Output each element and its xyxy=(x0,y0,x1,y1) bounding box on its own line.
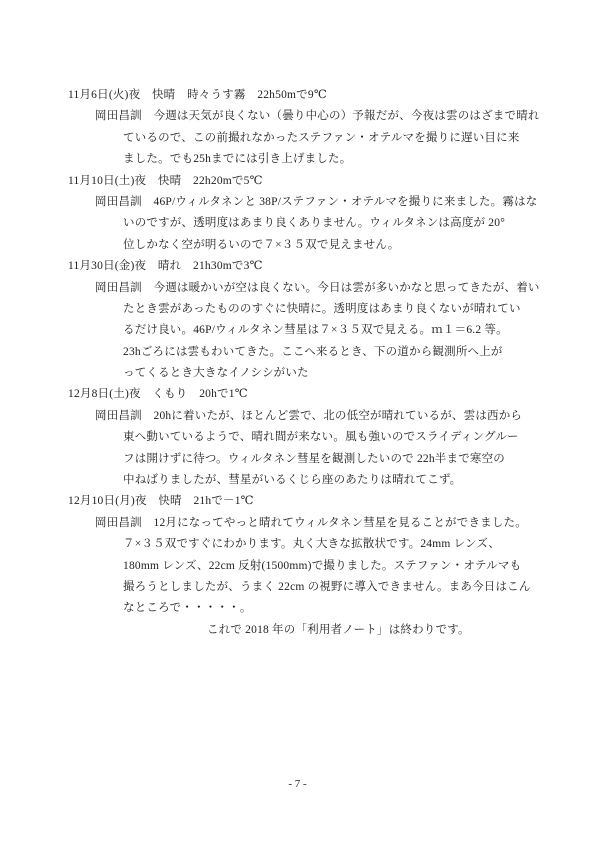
log-entry-dec-8: 12月8日(土)夜 くもり 20hで1℃ 岡田昌訓 20hに着いたが、ほとんど雲… xyxy=(68,384,538,491)
log-entry-dec-10: 12月10日(月)夜 快晴 21hで－1℃ 岡田昌訓 12月になってやっと晴れて… xyxy=(68,491,538,619)
entry-text-line: ってくるとき大きなイノシシがいた xyxy=(68,363,538,384)
entry-text-line: フは開けずに待つ。ウィルタネン彗星を観測したいので 22h半まで寒空の xyxy=(68,449,538,470)
entry-text-line: なところで・・・・・。 xyxy=(68,598,538,619)
entry-text-line: 撮ろうとしましたが、うまく 22cm の視野に導入できません。まあ今日はこん xyxy=(68,577,538,598)
log-entry-nov-30: 11月30日(金)夜 晴れ 21h30mで3℃ 岡田昌訓 今週は暖かいが空は良く… xyxy=(68,256,538,384)
log-entry-nov-10: 11月10日(土)夜 快晴 22h20mで5℃ 岡田昌訓 46P/ウィルタネンと… xyxy=(68,171,538,257)
document-page: 11月6日(火)夜 快晴 時々うす霧 22h50mで9℃ 岡田昌訓 今週は天気が… xyxy=(0,0,595,842)
entry-text-line: 岡田昌訓 46P/ウィルタネンと 38P/ステファン・オテルマを撮りに来ました。… xyxy=(68,192,538,213)
entry-text-line: 位しかなく空が明るいので７×３５双で見えません。 xyxy=(68,235,538,256)
entry-text-line: ているので、この前撮れなかったステファン・オテルマを撮りに遅い目に来 xyxy=(68,128,538,149)
page-number: - 7 - xyxy=(0,777,595,791)
entry-text-line: るだけ良い。46P/ウィルタネン彗星は７×３５双で見える。ｍ１＝6.2 等。 xyxy=(68,320,538,341)
entry-text-line: ７×３５双ですぐにわかります。丸く大きな拡散状です。24mm レンズ、 xyxy=(68,534,538,555)
entry-date-header: 12月10日(月)夜 快晴 21hで－1℃ xyxy=(68,491,538,512)
entry-text-line: 岡田昌訓 20hに着いたが、ほとんど雲で、北の低空が晴れているが、雲は西から xyxy=(68,406,538,427)
entry-date-header: 11月6日(火)夜 快晴 時々うす霧 22h50mで9℃ xyxy=(68,85,538,106)
entry-text-line: 中ねばりましたが、彗星がいるくじら座のあたりは晴れてこず。 xyxy=(68,470,538,491)
entry-text-line: いのですが、透明度はあまり良くありません。ウィルタネンは高度が 20° xyxy=(68,213,538,234)
entry-date-header: 12月8日(土)夜 くもり 20hで1℃ xyxy=(68,384,538,405)
entry-text-line: ました。でも25hまでには引き上げました。 xyxy=(68,149,538,170)
entry-text-line: 23hごろには雲もわいてきた。ここへ来るとき、下の道から観測所へ上が xyxy=(68,342,538,363)
entry-text-line: 岡田昌訓 12月になってやっと晴れてウィルタネン彗星を見ることができました。 xyxy=(68,513,538,534)
entry-date-header: 11月30日(金)夜 晴れ 21h30mで3℃ xyxy=(68,256,538,277)
observation-log: 11月6日(火)夜 快晴 時々うす霧 22h50mで9℃ 岡田昌訓 今週は天気が… xyxy=(68,85,538,641)
closing-note: これで 2018 年の「利用者ノート」は終わりです。 xyxy=(68,620,538,641)
entry-text-line: たとき雲があったもののすぐに快晴に。透明度はあまり良くないが晴れてい xyxy=(68,299,538,320)
entry-text-line: 岡田昌訓 今週は天気が良くない（曇り中心の）予報だが、今夜は雲のはざまで晴れ xyxy=(68,106,538,127)
entry-date-header: 11月10日(土)夜 快晴 22h20mで5℃ xyxy=(68,171,538,192)
entry-text-line: 岡田昌訓 今週は暖かいが空は良くない。今日は雲が多いかなと思ってきたが、着い xyxy=(68,278,538,299)
entry-text-line: 東へ動いているようで、晴れ間が来ない。風も強いのでスライディングルー xyxy=(68,427,538,448)
entry-text-line: 180mm レンズ、22cm 反射(1500mm)で撮りました。ステファン・オテ… xyxy=(68,556,538,577)
log-entry-nov-6: 11月6日(火)夜 快晴 時々うす霧 22h50mで9℃ 岡田昌訓 今週は天気が… xyxy=(68,85,538,171)
